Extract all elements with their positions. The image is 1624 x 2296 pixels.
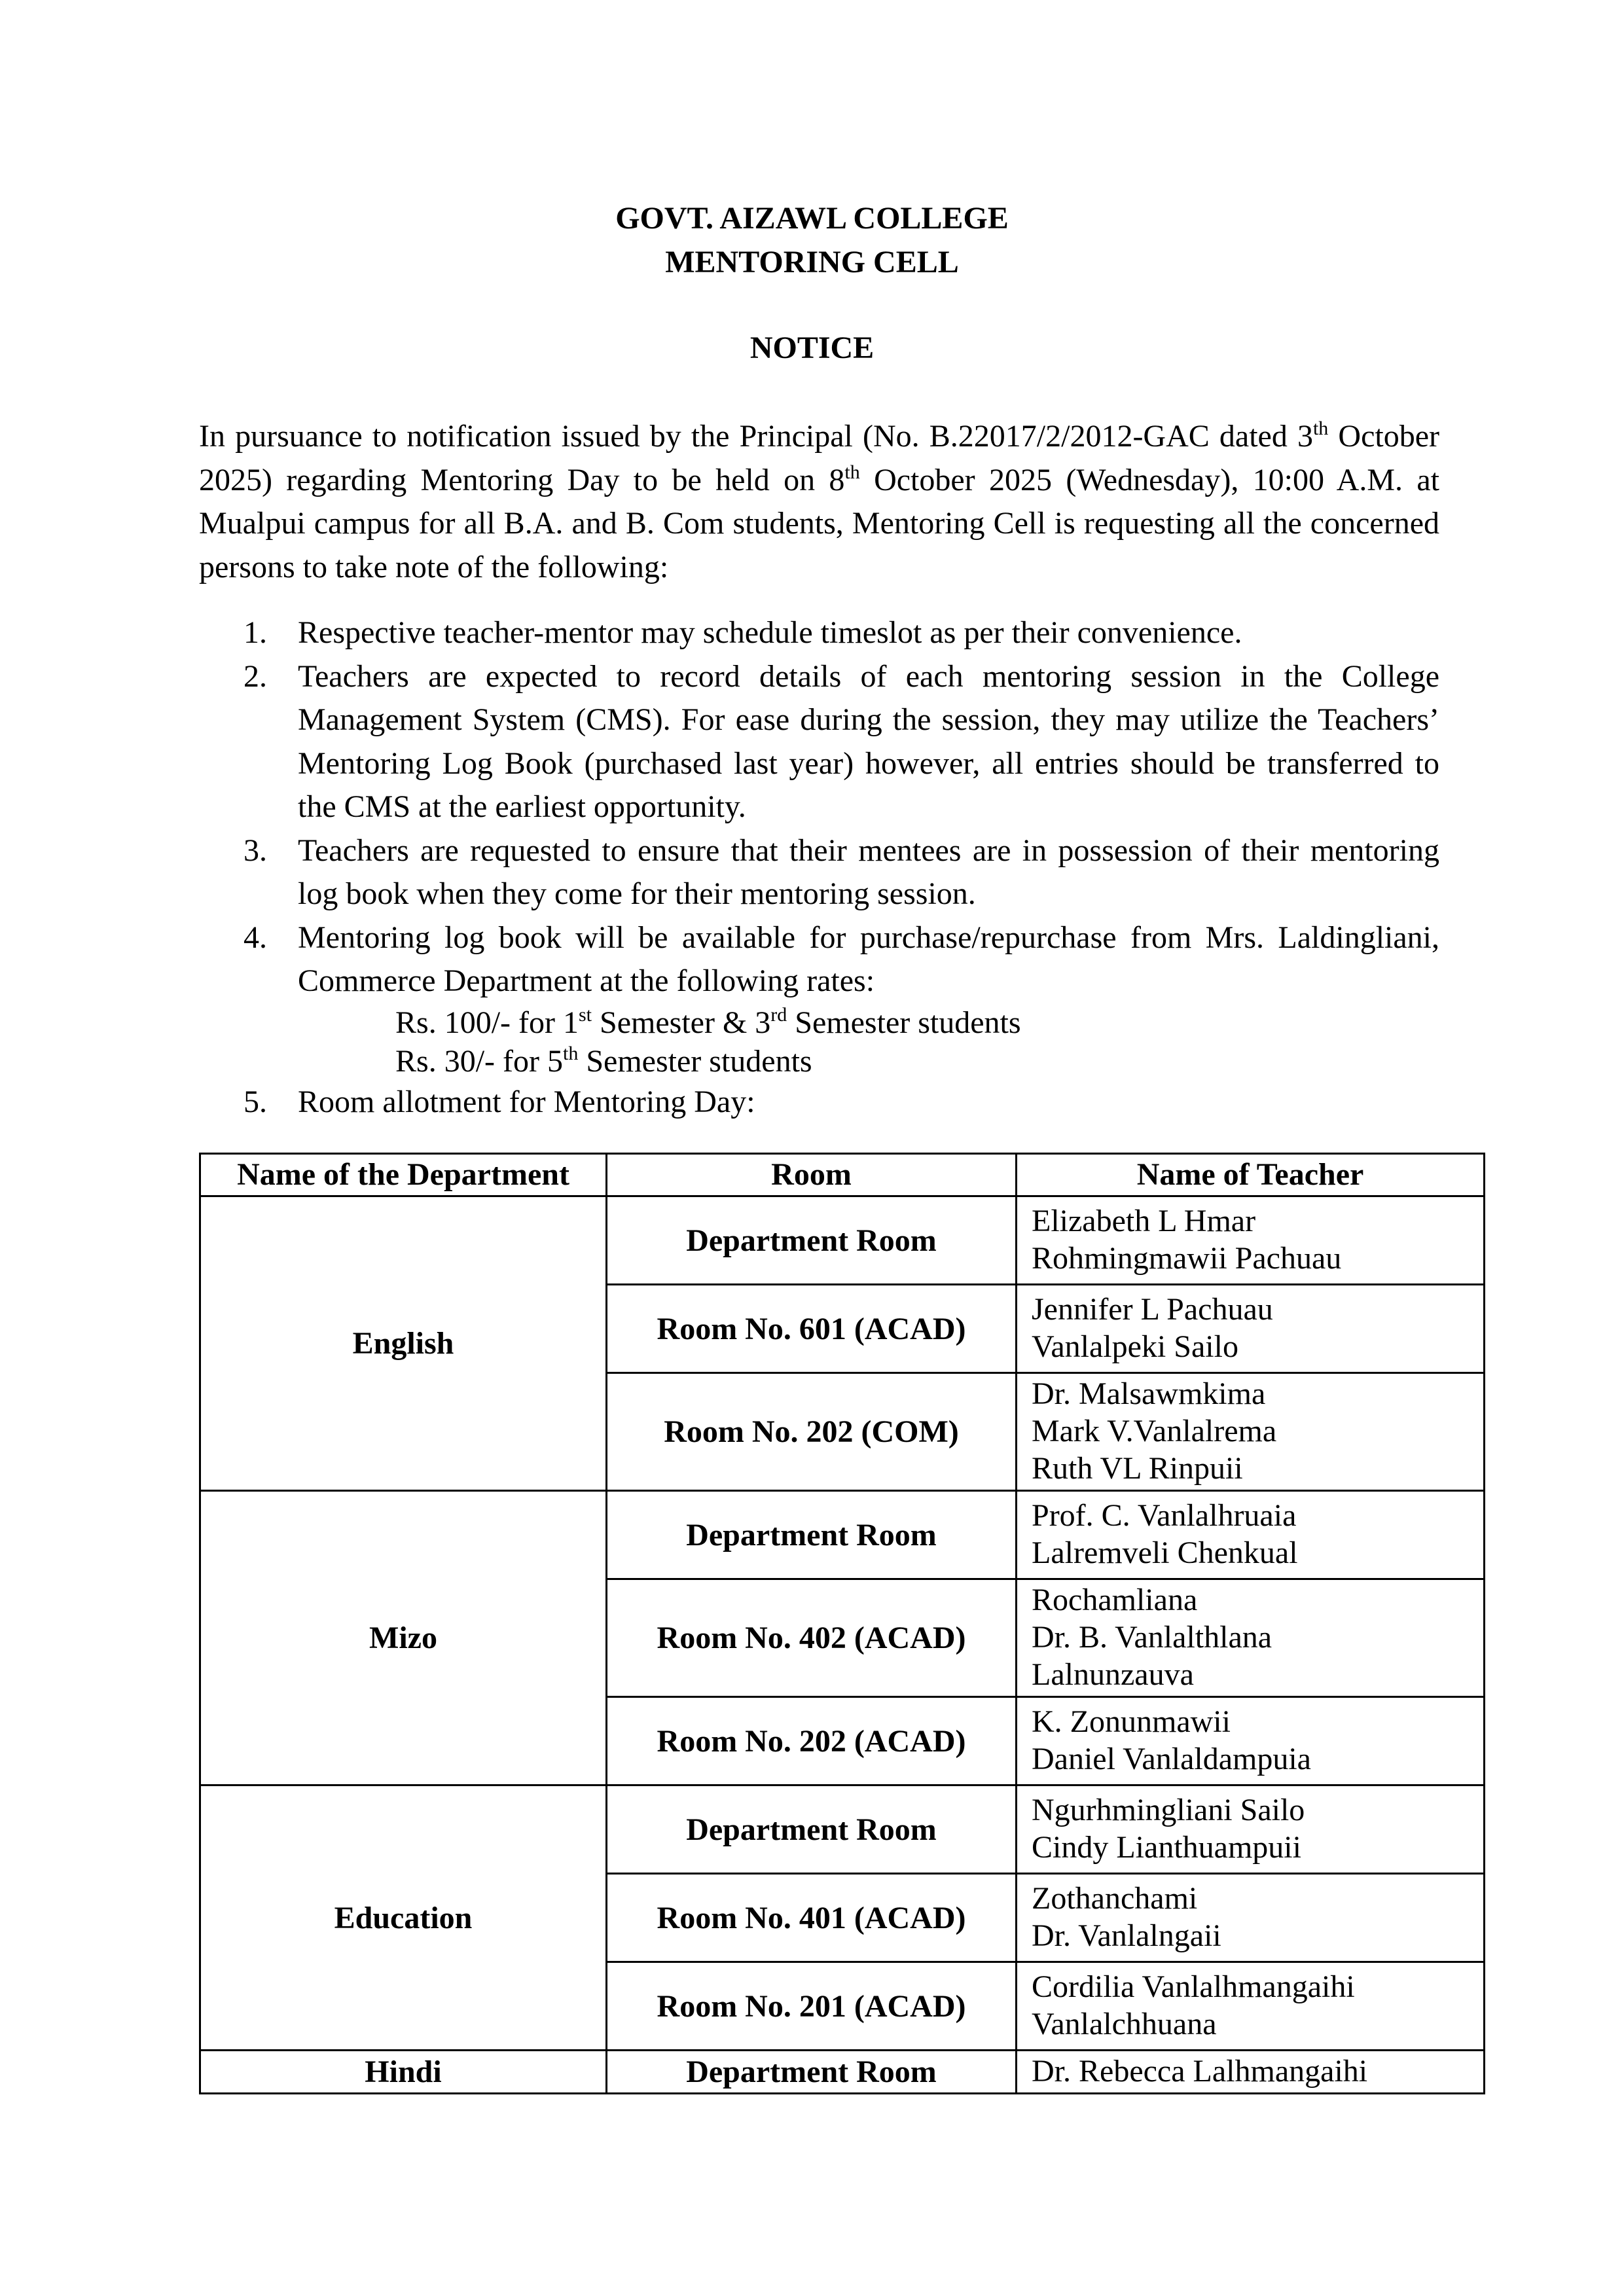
room-cell: Department Room xyxy=(607,1196,1017,1285)
table-row: HindiDepartment RoomDr. Rebecca Lalhmang… xyxy=(200,2051,1485,2094)
list-item-text: Mentoring log book will be available for… xyxy=(298,920,1439,999)
instruction-list: 1. Respective teacher-mentor may schedul… xyxy=(199,611,1439,1124)
teacher-name: K. Zonunmawii xyxy=(1032,1703,1469,1740)
cell-title: MENTORING CELL xyxy=(0,243,1624,282)
table-row: EducationDepartment RoomNgurhmingliani S… xyxy=(200,1785,1485,1874)
list-item: 3. Teachers are requested to ensure that… xyxy=(199,829,1439,916)
list-item-number: 4. xyxy=(244,916,267,960)
intro-sup-2: th xyxy=(844,461,859,483)
department-cell: Hindi xyxy=(200,2051,607,2094)
teacher-cell: K. ZonunmawiiDaniel Vanlaldampuia xyxy=(1017,1697,1485,1785)
teacher-name: Jennifer L Pachuau xyxy=(1032,1291,1469,1328)
teacher-name: Cindy Lianthuampuii xyxy=(1032,1829,1469,1866)
list-item-number: 5. xyxy=(244,1081,267,1124)
teacher-name: Dr. B. Vanlalthlana xyxy=(1032,1619,1469,1656)
list-item-text: Teachers are expected to record details … xyxy=(298,659,1439,825)
room-cell: Department Room xyxy=(607,1785,1017,1874)
table-row: MizoDepartment RoomProf. C. Vanlalhruaia… xyxy=(200,1491,1485,1579)
teacher-name: Prof. C. Vanlalhruaia xyxy=(1032,1497,1469,1534)
department-cell: English xyxy=(200,1196,607,1491)
rate-sup: th xyxy=(563,1043,578,1064)
teacher-name: Lalremveli Chenkual xyxy=(1032,1534,1469,1571)
teacher-cell: Dr. MalsawmkimaMark V.VanlalremaRuth VL … xyxy=(1017,1373,1485,1491)
rate-text: Rs. 100/- for 1 xyxy=(395,1005,579,1040)
list-item: 1. Respective teacher-mentor may schedul… xyxy=(199,611,1439,655)
teacher-cell: Elizabeth L HmarRohmingmawii Pachuau xyxy=(1017,1196,1485,1285)
intro-text-1: In pursuance to notification issued by t… xyxy=(199,419,1313,454)
intro-paragraph: In pursuance to notification issued by t… xyxy=(199,415,1439,589)
list-item-text: Room allotment for Mentoring Day: xyxy=(298,1085,755,1119)
list-item-number: 2. xyxy=(244,655,267,699)
rate-text: Semester students xyxy=(787,1005,1020,1040)
list-item-number: 1. xyxy=(244,611,267,655)
teacher-name: Mark V.Vanlalrema xyxy=(1032,1412,1469,1450)
list-item-text: Respective teacher-mentor may schedule t… xyxy=(298,615,1242,650)
rate-text: Semester & 3 xyxy=(592,1005,770,1040)
header-room: Room xyxy=(607,1154,1017,1196)
teacher-cell: Prof. C. VanlalhruaiaLalremveli Chenkual xyxy=(1017,1491,1485,1579)
institution-title: GOVT. AIZAWL COLLEGE xyxy=(0,199,1624,238)
list-item-text: Teachers are requested to ensure that th… xyxy=(298,833,1439,912)
room-cell: Room No. 202 (COM) xyxy=(607,1373,1017,1491)
teacher-name: Dr. Malsawmkima xyxy=(1032,1375,1469,1412)
room-cell: Department Room xyxy=(607,2051,1017,2094)
teacher-name: Daniel Vanlaldampuia xyxy=(1032,1740,1469,1778)
teacher-name: Zothanchami xyxy=(1032,1880,1469,1917)
header-department: Name of the Department xyxy=(200,1154,607,1196)
teacher-name: Vanlalpeki Sailo xyxy=(1032,1328,1469,1365)
rate-line: Rs. 30/- for 5th Semester students xyxy=(395,1042,1439,1081)
rate-sup: st xyxy=(579,1004,592,1026)
rates-block: Rs. 100/- for 1st Semester & 3rd Semeste… xyxy=(199,1003,1439,1081)
notice-page: GOVT. AIZAWL COLLEGE MENTORING CELL NOTI… xyxy=(0,0,1624,2296)
teacher-name: Dr. Vanlalngaii xyxy=(1032,1917,1469,1954)
room-cell: Room No. 401 (ACAD) xyxy=(607,1874,1017,1962)
teacher-cell: Ngurhmingliani SailoCindy Lianthuampuii xyxy=(1017,1785,1485,1874)
table-row: EnglishDepartment RoomElizabeth L HmarRo… xyxy=(200,1196,1485,1285)
teacher-name: Elizabeth L Hmar xyxy=(1032,1202,1469,1240)
list-item: 2. Teachers are expected to record detai… xyxy=(199,655,1439,829)
room-cell: Room No. 202 (ACAD) xyxy=(607,1697,1017,1785)
table-header-row: Name of the Department Room Name of Teac… xyxy=(200,1154,1485,1196)
teacher-name: Ruth VL Rinpuii xyxy=(1032,1450,1469,1487)
department-cell: Education xyxy=(200,1785,607,2051)
notice-title: NOTICE xyxy=(0,329,1624,368)
room-cell: Room No. 601 (ACAD) xyxy=(607,1285,1017,1373)
department-cell: Mizo xyxy=(200,1491,607,1785)
rate-text: Semester students xyxy=(578,1044,812,1079)
list-item-number: 3. xyxy=(244,829,267,873)
rate-text: Rs. 30/- for 5 xyxy=(395,1044,563,1079)
room-cell: Room No. 201 (ACAD) xyxy=(607,1962,1017,2051)
teacher-name: Vanlalchhuana xyxy=(1032,2005,1469,2043)
room-cell: Room No. 402 (ACAD) xyxy=(607,1579,1017,1697)
intro-sup-1: th xyxy=(1313,418,1328,439)
teacher-cell: ZothanchamiDr. Vanlalngaii xyxy=(1017,1874,1485,1962)
teacher-cell: Dr. Rebecca Lalhmangaihi xyxy=(1017,2051,1485,2094)
teacher-name: Lalnunzauva xyxy=(1032,1656,1469,1693)
list-item: 5. Room allotment for Mentoring Day: xyxy=(199,1081,1439,1124)
room-cell: Department Room xyxy=(607,1491,1017,1579)
teacher-cell: Cordilia VanlalhmangaihiVanlalchhuana xyxy=(1017,1962,1485,2051)
rate-sup: rd xyxy=(770,1004,787,1026)
teacher-name: Cordilia Vanlalhmangaihi xyxy=(1032,1968,1469,2005)
teacher-name: Rochamliana xyxy=(1032,1581,1469,1619)
list-item: 4. Mentoring log book will be available … xyxy=(199,916,1439,1003)
teacher-cell: RochamlianaDr. B. VanlalthlanaLalnunzauv… xyxy=(1017,1579,1485,1697)
teacher-cell: Jennifer L PachuauVanlalpeki Sailo xyxy=(1017,1285,1485,1373)
teacher-name: Rohmingmawii Pachuau xyxy=(1032,1240,1469,1277)
teacher-name: Dr. Rebecca Lalhmangaihi xyxy=(1032,2053,1469,2090)
teacher-name: Ngurhmingliani Sailo xyxy=(1032,1791,1469,1829)
header-teacher: Name of Teacher xyxy=(1017,1154,1485,1196)
rate-line: Rs. 100/- for 1st Semester & 3rd Semeste… xyxy=(395,1003,1439,1042)
room-allotment-table: Name of the Department Room Name of Teac… xyxy=(199,1153,1485,2094)
